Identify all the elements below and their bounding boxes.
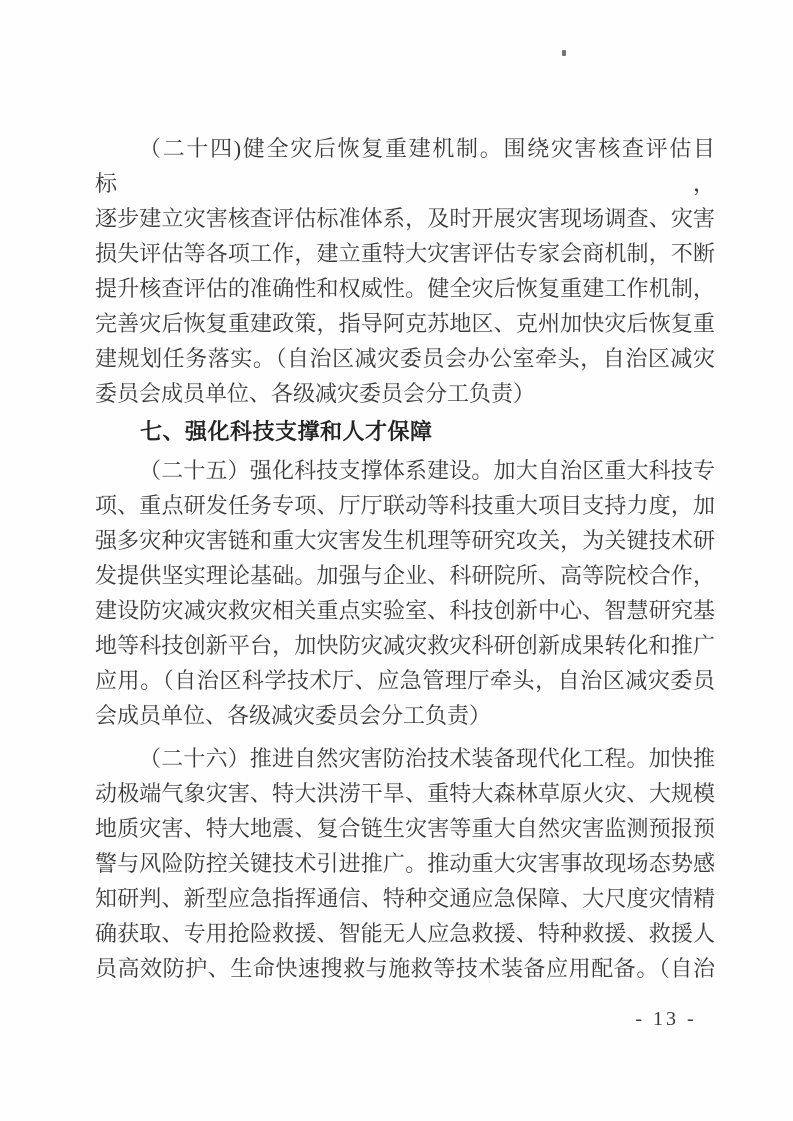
section-heading: 七、强化科技支撑和人才保障 [95, 414, 715, 449]
text-line: 动极端气象灾害、特大洪涝干旱、重特大森林草原火灾、大规模 [95, 776, 715, 811]
text-line: 警与风险防控关键技术引进推广。推动重大灾害事故现场态势感 [95, 846, 715, 881]
text-line: 委员会成员单位、各级减灾委员会分工负责） [95, 376, 715, 411]
text-line: 项、重点研发任务专项、厅厅联动等科技重大项目支持力度，加 [95, 488, 715, 523]
paragraph-24: （二十四)健全灾后恢复重建机制。围绕灾害核查评估目标， 逐步建立灾害核查评估标准… [95, 131, 715, 411]
paragraph-25: （二十五）强化科技支撑体系建设。加大自治区重大科技专 项、重点研发任务专项、厅厅… [95, 453, 715, 733]
text-line: 知研判、新型应急指挥通信、特种交通应急保障、大尺度灾情精 [95, 881, 715, 916]
text-line: 地等科技创新平台，加快防灾减灾救灾科研创新成果转化和推广 [95, 628, 715, 663]
page-number: - 13 - [626, 1008, 706, 1031]
text-line: 地质灾害、特大地震、复合链生灾害等重大自然灾害监测预报预 [95, 811, 715, 846]
text-line: 会成员单位、各级减灾委员会分工负责） [95, 698, 715, 733]
text-line: 发提供坚实理论基础。加强与企业、科研院所、高等院校合作， [95, 558, 715, 593]
text-line: 员高效防护、生命快速搜救与施救等技术装备应用配备。（自治 [95, 951, 715, 986]
scanned-document-page: （二十四)健全灾后恢复重建机制。围绕灾害核查评估目标， 逐步建立灾害核查评估标准… [0, 0, 793, 1121]
text-line: 提升核查评估的准确性和权威性。健全灾后恢复重建工作机制， [95, 271, 715, 306]
text-line: 损失评估等各项工作，建立重特大灾害评估专家会商机制，不断 [95, 236, 715, 271]
text-line: （二十六）推进自然灾害防治技术装备现代化工程。加快推 [95, 741, 715, 776]
text-line: 完善灾后恢复重建政策，指导阿克苏地区、克州加快灾后恢复重 [95, 306, 715, 341]
text-line: （二十四)健全灾后恢复重建机制。围绕灾害核查评估目标， [95, 131, 715, 201]
document-body: （二十四)健全灾后恢复重建机制。围绕灾害核查评估目标， 逐步建立灾害核查评估标准… [95, 131, 715, 986]
text-line: 逐步建立灾害核查评估标准体系，及时开展灾害现场调查、灾害 [95, 201, 715, 236]
text-line: （二十五）强化科技支撑体系建设。加大自治区重大科技专 [95, 453, 715, 488]
text-line: 确获取、专用抢险救援、智能无人应急救援、特种救援、救援人 [95, 916, 715, 951]
text-line: 建设防灾减灾救灾相关重点实验室、科技创新中心、智慧研究基 [95, 593, 715, 628]
text-line: 建规划任务落实。（自治区减灾委员会办公室牵头，自治区减灾 [95, 341, 715, 376]
scan-artifact-dot [562, 50, 566, 56]
text-line: 应用。（自治区科学技术厅、应急管理厅牵头，自治区减灾委员 [95, 663, 715, 698]
text-line: 强多灾种灾害链和重大灾害发生机理等研究攻关，为关键技术研 [95, 523, 715, 558]
paragraph-26: （二十六）推进自然灾害防治技术装备现代化工程。加快推 动极端气象灾害、特大洪涝干… [95, 741, 715, 986]
